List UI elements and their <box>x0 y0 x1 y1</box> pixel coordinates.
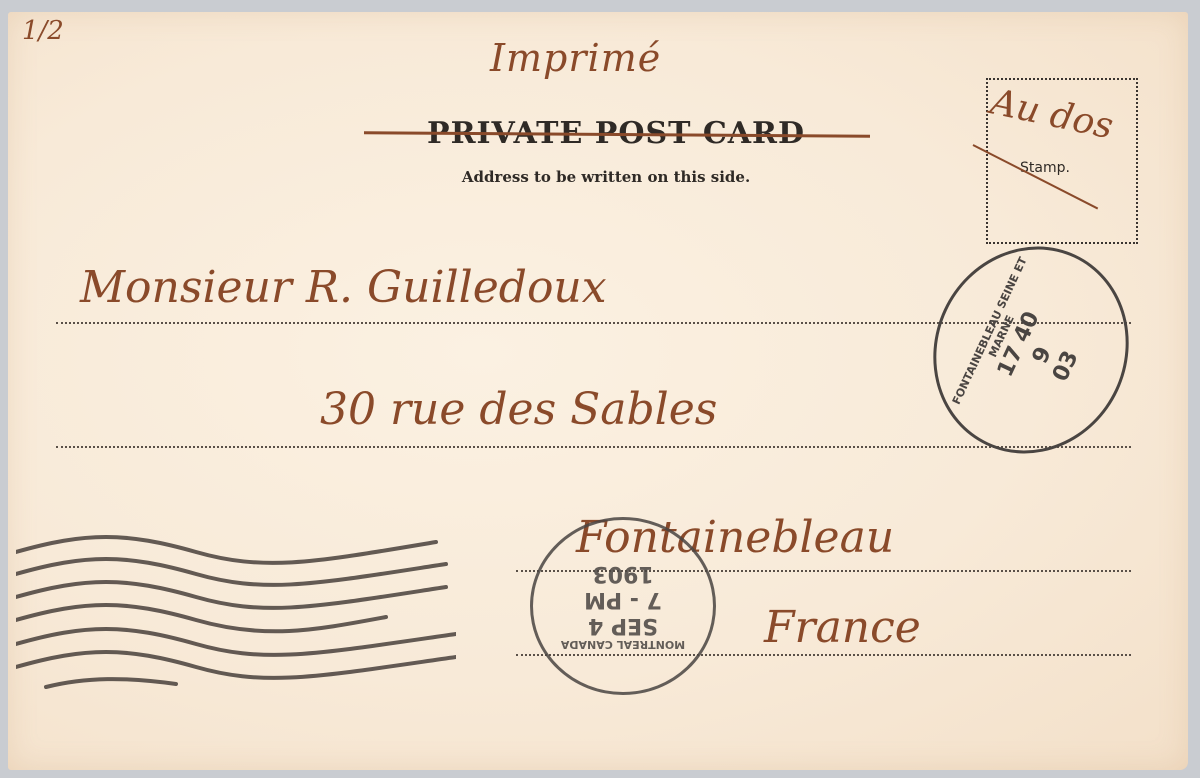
postmark-ring-text: MONTREAL CANADA <box>561 639 685 652</box>
postmark-fontainebleau: FONTAINEBLEAU SEINE ET MARNE 17 40 9 03 <box>900 214 1163 485</box>
wavy-cancellation <box>16 522 456 692</box>
address-street: 30 rue des Sables <box>320 384 717 435</box>
imprime-annotation: Imprimé <box>490 36 661 80</box>
postmark-date-2: 7 - PM <box>584 587 662 613</box>
postmark-date-3: 1903 <box>592 561 653 587</box>
postmark-montreal: MONTREAL CANADA SEP 4 7 - PM 1903 <box>530 517 716 695</box>
address-recipient: Monsieur R. Guilledoux <box>80 262 607 313</box>
card-subtitle: Address to be written on this side. <box>366 168 846 186</box>
fraction-annotation: 1/2 <box>22 20 64 42</box>
postmark-date-1: SEP 4 <box>588 613 658 639</box>
address-country: France <box>764 602 921 653</box>
postcard-back: 1/2 Imprimé PRIVATE POST CARD Address to… <box>8 12 1188 770</box>
address-line-2 <box>56 446 1131 448</box>
